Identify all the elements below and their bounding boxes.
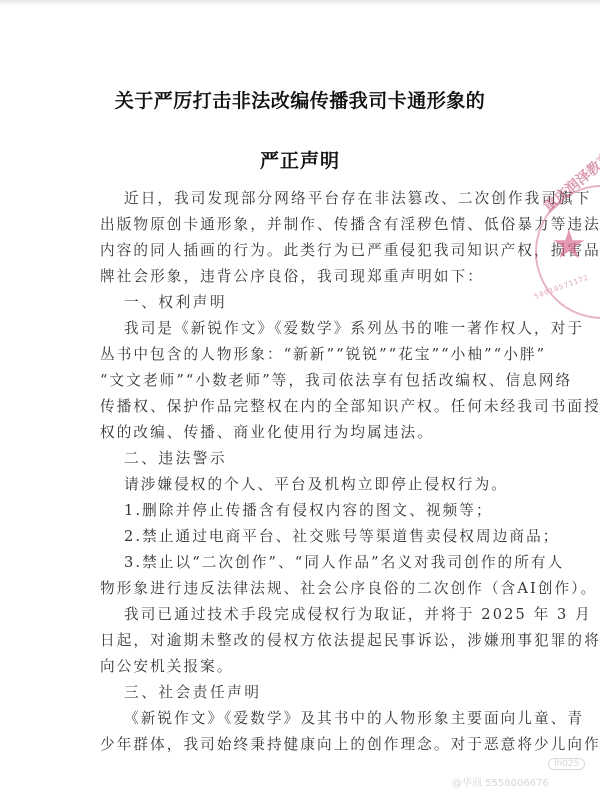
section1-line: 传播权、保护作品完整权在内的全部知识产权。任何未经我司书面授	[100, 395, 600, 416]
section2-line: 物形象进行违反法律法规、社会公序良俗的二次创作（含AI创作）。	[100, 577, 597, 598]
section1-line: 权的改编、传播、商业化使用行为均属违法。	[100, 421, 434, 442]
section-heading-social-responsibility: 三、社会责任声明	[124, 681, 262, 702]
intro-line: 内容的同人插画的行为。此类行为已严重侵犯我司知识产权，损害品	[100, 239, 600, 260]
section2-line: 我司已通过技术手段完成侵权行为取证，并将于 2025 年 3 月 12	[124, 603, 600, 624]
section3-line: 少年群体，我司始终秉持健康向上的创作理念。对于恶意将少儿向作	[100, 733, 600, 754]
section1-line: “文文老师”“小数老师”等，我司依法享有包括改编权、信息网络	[100, 369, 572, 390]
section-heading-warning: 二、违法警示	[124, 447, 227, 468]
section2-line: 请涉嫌侵权的个人、平台及机构立即停止侵权行为。	[124, 473, 508, 494]
seal-code: 50010571172	[533, 273, 590, 300]
company-seal: 重庆润泽教育有 ★ 50010571172	[535, 185, 600, 319]
section2-item-2: 2.禁止通过电商平台、社交账号等渠道售卖侵权周边商品；	[124, 525, 559, 546]
section2-item-3: 3.禁止以“二次创作”、“同人作品”名义对我司创作的所有人	[124, 551, 564, 572]
watermark-badge: lh025	[548, 758, 585, 770]
section3-line: 《新锐作文》《爱数学》及其书中的人物形象主要面向儿童、青	[124, 707, 584, 728]
intro-line: 牌社会形象，违背公序良俗，我司现郑重声明如下：	[100, 265, 484, 286]
watermark-text: @华商 5558006676	[452, 774, 549, 789]
document-title: 关于严厉打击非法改编传播我司卡通形象的	[0, 86, 600, 113]
star-icon: ★	[551, 225, 587, 265]
section2-line: 向公安机关报案。	[100, 655, 234, 676]
section1-line: 我司是《新锐作文》《爱数学》系列丛书的唯一著作权人，对于	[124, 317, 584, 338]
page-top-edge	[0, 0, 600, 6]
intro-line: 近日，我司发现部分网络平台存在非法篡改、二次创作我司旗下	[124, 187, 591, 208]
section-heading-rights: 一、权利声明	[124, 291, 227, 312]
section2-line: 日起，对逾期未整改的侵权方依法提起民事诉讼，涉嫌刑事犯罪的将	[100, 629, 600, 650]
intro-line: 出版物原创卡通形象，并制作、传播含有淫秽色情、低俗暴力等违法	[100, 213, 600, 234]
section2-item-1: 1.删除并停止传播含有侵权内容的图文、视频等；	[124, 499, 493, 520]
section1-line: 丛书中包含的人物形象：“新新”“锐锐”“花宝”“小柚”“小胖”	[100, 343, 546, 364]
document-subtitle: 严正声明	[0, 146, 600, 173]
